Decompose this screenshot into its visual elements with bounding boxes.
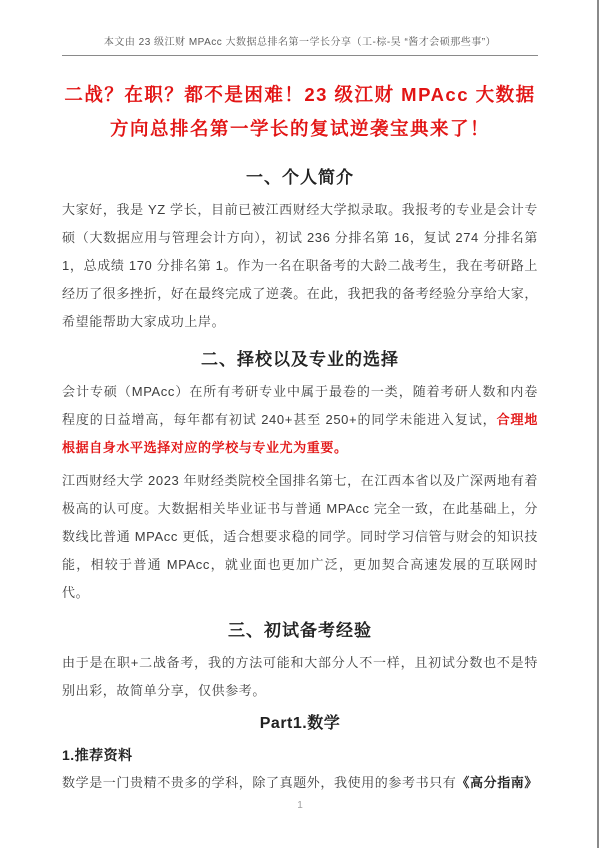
paragraph-exam-prep-intro: 由于是在职+二战备考，我的方法可能和大部分人不一样，且初试分数也不是特别出彩，故… — [62, 649, 538, 705]
document-page: 本文由 23 级江财 MPAcc 大数据总排名第一学长分享（工-棕-昊 “酱才会… — [0, 0, 600, 813]
section-heading-exam-prep: 三、初试备考经验 — [62, 621, 538, 641]
document-header-note: 本文由 23 级江财 MPAcc 大数据总排名第一学长分享（工-棕-昊 “酱才会… — [62, 36, 538, 49]
page-edge-line — [597, 0, 599, 848]
part-heading-math: Part1.数学 — [62, 714, 538, 734]
paragraph-math-materials: 数学是一门贵精不贵多的学科，除了真题外，我使用的参考书只有《高分指南》 — [62, 769, 538, 797]
paragraph-math-materials-lead: 数学是一门贵精不贵多的学科，除了真题外，我使用的参考书只有 — [62, 775, 456, 790]
header-divider — [62, 55, 538, 56]
sub-heading-recommended-materials: 1.推荐资料 — [62, 746, 538, 764]
book-title-gaofen-zhinan: 《高分指南》 — [456, 775, 538, 790]
page-number: 1 — [62, 799, 538, 813]
paragraph-school-choice-lead: 会计专硕（MPAcc）在所有考研专业中属于最卷的一类，随着考研人数和内卷程度的日… — [62, 384, 538, 427]
paragraph-personal-intro: 大家好，我是 YZ 学长，目前已被江西财经大学拟录取。我报考的专业是会计专硕（大… — [62, 196, 538, 336]
section-heading-personal-intro: 一、个人简介 — [62, 168, 538, 188]
document-title: 二战？在职？都不是困难！23 级江财 MPAcc 大数据方向总排名第一学长的复试… — [62, 78, 538, 146]
paragraph-school-detail: 江西财经大学 2023 年财经类院校全国排名第七，在江西本省以及广深两地有着极高… — [62, 467, 538, 607]
section-heading-school-choice: 二、择校以及专业的选择 — [62, 350, 538, 370]
paragraph-school-choice: 会计专硕（MPAcc）在所有考研专业中属于最卷的一类，随着考研人数和内卷程度的日… — [62, 378, 538, 462]
